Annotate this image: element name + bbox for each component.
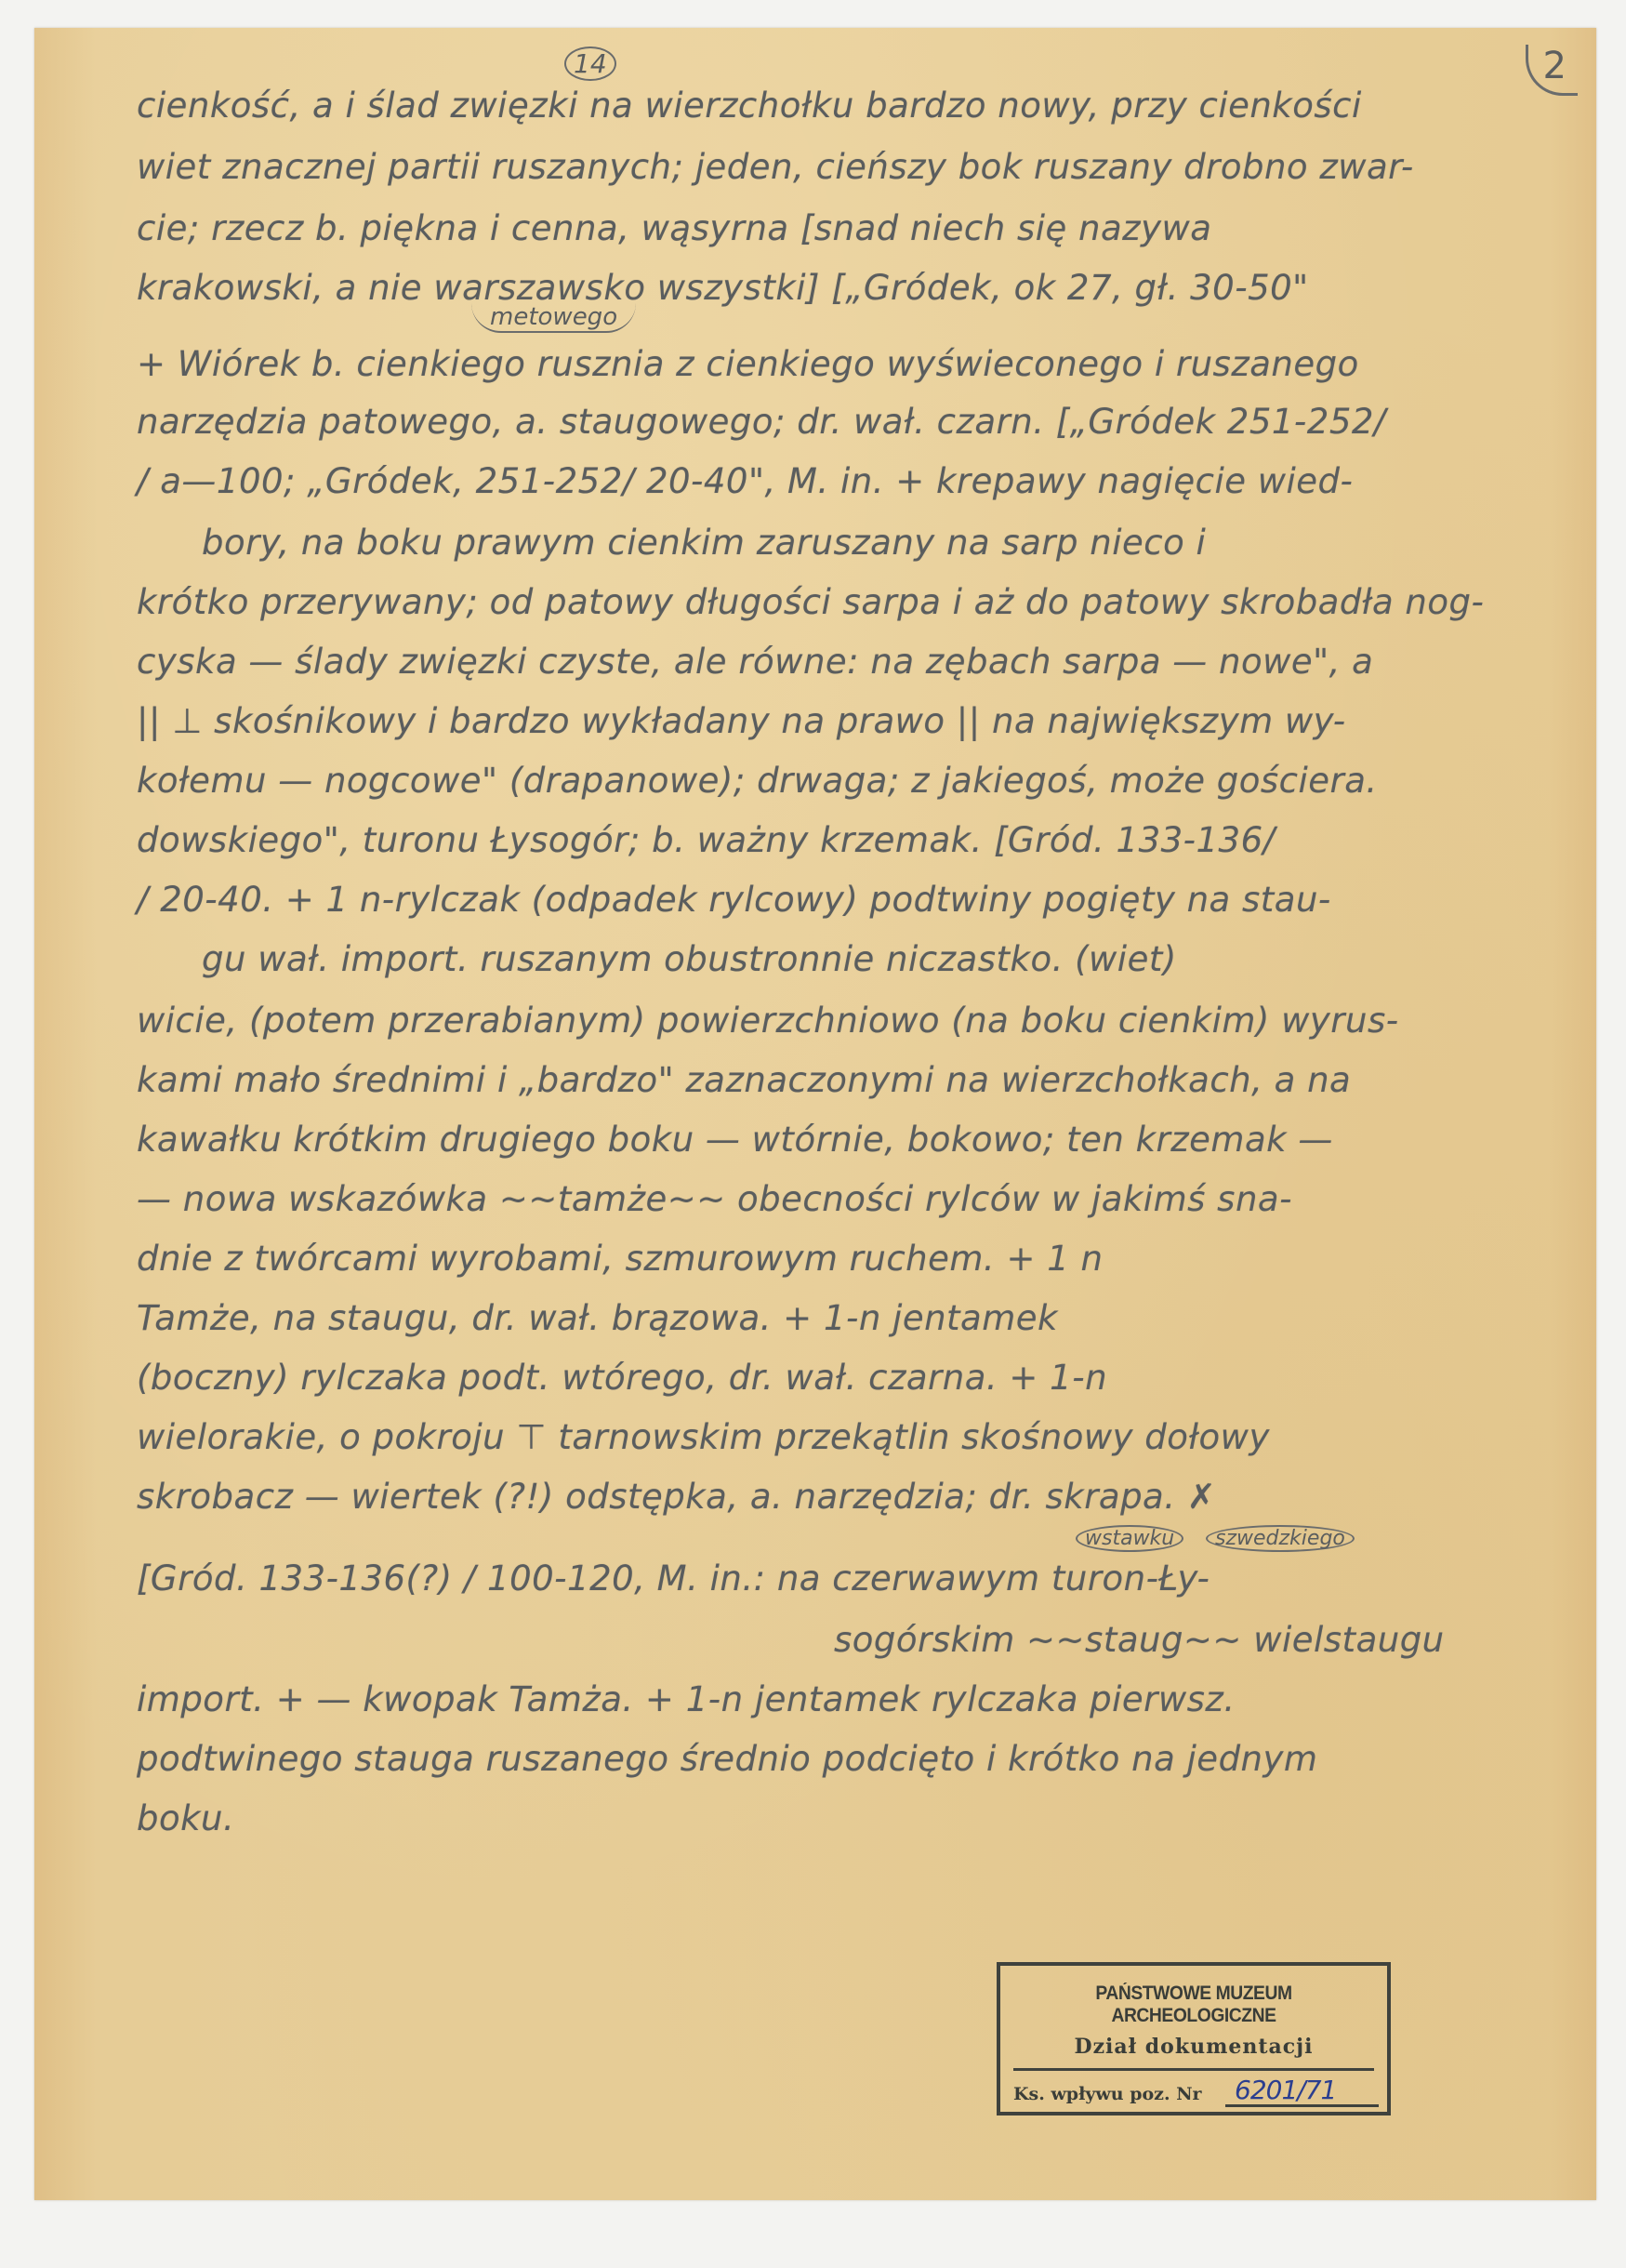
manuscript-line: cyska — ślady zwięzki czyste, ale równe:…: [137, 642, 1373, 682]
manuscript-line: cie; rzecz b. piękna i cenna, wąsyrna [s…: [137, 208, 1211, 248]
manuscript-line: dnie z twórcami wyrobami, szmurowym ruch…: [137, 1239, 1103, 1279]
manuscript-line: / a—100; „Gródek, 251-252/ 20-40", M. in…: [137, 461, 1353, 501]
folio-marker: 14: [564, 46, 616, 81]
manuscript-line: podtwinego stauga ruszanego średnio podc…: [137, 1739, 1317, 1779]
manuscript-line: skrobacz — wiertek (?!) odstępka, a. nar…: [137, 1477, 1216, 1517]
manuscript-line: wiet znacznej partii ruszanych; jeden, c…: [137, 147, 1414, 187]
stamp-institution: PAŃSTWOWE MUZEUM ARCHEOLOGICZNE: [1016, 1983, 1372, 2027]
stamp-department: Dział dokumentacji: [1000, 2035, 1387, 2059]
manuscript-line: kołemu — nogcowe" (drapanowe); drwaga; z…: [137, 761, 1378, 801]
interlinear-note: metowego: [471, 303, 636, 333]
interlinear-note: szwedzkiego: [1206, 1525, 1355, 1552]
stamp-registry-row: Ks. wpływu poz. Nr 6201/71: [1013, 2084, 1387, 2104]
manuscript-line: wicie, (potem przerabianym) powierzchnio…: [137, 1001, 1399, 1041]
manuscript-line: Tamże, na staugu, dr. wał. brązowa. + 1-…: [137, 1298, 1058, 1338]
manuscript-line: import. + — kwopak Tamża. + 1-n jentamek…: [137, 1679, 1236, 1719]
manuscript-line: kawałku krótkim drugiego boku — wtórnie,…: [137, 1120, 1333, 1160]
manuscript-line: kami mało średnimi i „bardzo" zaznaczony…: [137, 1060, 1351, 1100]
stamp-registry-number: 6201/71: [1235, 2075, 1336, 2105]
manuscript-line: gu wał. import. ruszanym obustronnie nic…: [202, 939, 1177, 979]
manuscript-line: wielorakie, o pokroju ⊤ tarnowskim przek…: [137, 1417, 1270, 1457]
manuscript-line: || ⊥ skośnikowy i bardzo wykładany na pr…: [137, 701, 1346, 741]
manuscript-line: (boczny) rylczaka podt. wtórego, dr. wał…: [137, 1358, 1107, 1398]
manuscript-line: — nowa wskazówka ~~tamże~~ obecności ryl…: [137, 1179, 1292, 1219]
manuscript-line: dowskiego", turonu Łysogór; b. ważny krz…: [137, 820, 1276, 860]
manuscript-line: [Gród. 133-136(?) / 100-120, M. in.: na …: [137, 1558, 1210, 1598]
page-number: 2: [1526, 45, 1578, 96]
manuscript-line: narzędzia patowego, a. staugowego; dr. w…: [137, 402, 1386, 442]
manuscript-line: sogórskim ~~staug~~ wielstaugu: [834, 1620, 1445, 1660]
manuscript-line: + Wiórek b. cienkiego rusznia z cienkieg…: [137, 344, 1359, 384]
manuscript-line: krótko przerywany; od patowy długości sa…: [137, 582, 1484, 622]
document-sheet: 14 2 cienkość, a i ślad zwięzki na wierz…: [34, 28, 1596, 2200]
manuscript-line: / 20-40. + 1 n-rylczak (odpadek rylcowy)…: [137, 880, 1331, 920]
manuscript-line: krakowski, a nie warszawsko wszystki] [„…: [137, 268, 1309, 308]
stamp-divider: [1013, 2068, 1374, 2071]
manuscript-line: bory, na boku prawym cienkim zaruszany n…: [202, 523, 1206, 563]
museum-stamp: PAŃSTWOWE MUZEUM ARCHEOLOGICZNE Dział do…: [997, 1962, 1391, 2115]
manuscript-line: cienkość, a i ślad zwięzki na wierzchołk…: [137, 86, 1362, 126]
interlinear-note: wstawku: [1076, 1525, 1183, 1552]
manuscript: 14 2 cienkość, a i ślad zwięzki na wierz…: [34, 28, 1596, 2200]
stamp-registry-label: Ks. wpływu poz. Nr: [1013, 2084, 1202, 2104]
manuscript-line: boku.: [137, 1798, 234, 1838]
